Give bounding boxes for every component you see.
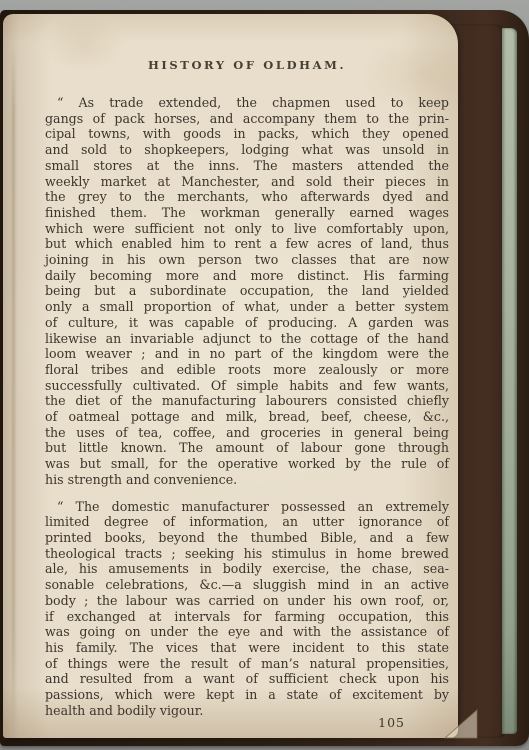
- text-line: joining in his own person two classes th…: [45, 252, 449, 268]
- text-line: being but a subordinate occupation, the …: [45, 283, 449, 299]
- text-line: floral tribes and edible roots more zeal…: [45, 362, 449, 378]
- running-head: HISTORY OF OLDHAM.: [45, 58, 449, 72]
- text-line: the uses of tea, coffee, and groceries i…: [45, 425, 449, 441]
- text-line: likewise an invariable adjunct to the co…: [45, 331, 449, 347]
- text-line: if exchanged at intervals for farming oc…: [45, 609, 449, 625]
- text-line: finished them. The workman generally ear…: [45, 205, 449, 221]
- text-line: and resulted from a want of sufficient c…: [45, 671, 449, 687]
- text-line: “ As trade extended, the chapmen used to…: [45, 95, 449, 111]
- text-line: small stores at the inns. The masters at…: [45, 158, 449, 174]
- paragraph: “ The domestic manufacturer possessed an…: [45, 499, 449, 719]
- text-line: daily becoming more and more distinct. H…: [45, 268, 449, 284]
- text-line: and sold to shopkeepers, lodging what wa…: [45, 142, 449, 158]
- page-block-edges: [451, 24, 505, 738]
- text-line: his family. The vices that were incident…: [45, 640, 449, 656]
- book-page: HISTORY OF OLDHAM. “ As trade extended, …: [3, 14, 458, 738]
- text-line: but which enabled him to rent a few acre…: [45, 236, 449, 252]
- endpaper-edge: [502, 28, 517, 734]
- text-line: was but small, for the operative worked …: [45, 456, 449, 472]
- text-line: the grey to the merchants, who afterward…: [45, 189, 449, 205]
- text-line: ale, his amusements in bodily exercise, …: [45, 561, 449, 577]
- text-line: his strength and convenience.: [45, 472, 449, 488]
- text-line: cipal towns, with goods in packs, which …: [45, 126, 449, 142]
- text-line: loom weaver ; and in no part of the king…: [45, 346, 449, 362]
- paragraph: “ As trade extended, the chapmen used to…: [45, 95, 449, 488]
- text-line: sonable celebrations, &c.—a sluggish min…: [45, 577, 449, 593]
- text-line: which were sufficient not only to live c…: [45, 221, 449, 237]
- text-line: was going on under the eye and with the …: [45, 624, 449, 640]
- text-line: of things were the result of man’s natur…: [45, 656, 449, 672]
- book-photo-scene: HISTORY OF OLDHAM. “ As trade extended, …: [0, 0, 529, 750]
- text-line: “ The domestic manufacturer possessed an…: [45, 499, 449, 515]
- text-line: only a small proportion of what, under a…: [45, 299, 449, 315]
- text-line: printed books, beyond the thumbed Bible,…: [45, 530, 449, 546]
- text-line: successfully cultivated. Of simple habit…: [45, 378, 449, 394]
- text-line: but little known. The amount of labour g…: [45, 440, 449, 456]
- text-line: passions, which were kept in a state of …: [45, 687, 449, 703]
- body-text: “ As trade extended, the chapmen used to…: [45, 95, 449, 718]
- text-line: weekly market at Manchester, and sold th…: [45, 174, 449, 190]
- text-line: theological tracts ; seeking his stimulu…: [45, 546, 449, 562]
- text-line: of oatmeal pottage and milk, bread, beef…: [45, 409, 449, 425]
- text-line: body ; the labour was carried on under h…: [45, 593, 449, 609]
- page-content: HISTORY OF OLDHAM. “ As trade extended, …: [45, 58, 449, 730]
- gutter-crease: [12, 44, 15, 734]
- text-line: of culture, it was capable of producing.…: [45, 315, 449, 331]
- text-line: the diet of the manufacturing labourers …: [45, 393, 449, 409]
- text-line: limited degree of information, an utter …: [45, 514, 449, 530]
- text-line: gangs of pack horses, and accompany them…: [45, 111, 449, 127]
